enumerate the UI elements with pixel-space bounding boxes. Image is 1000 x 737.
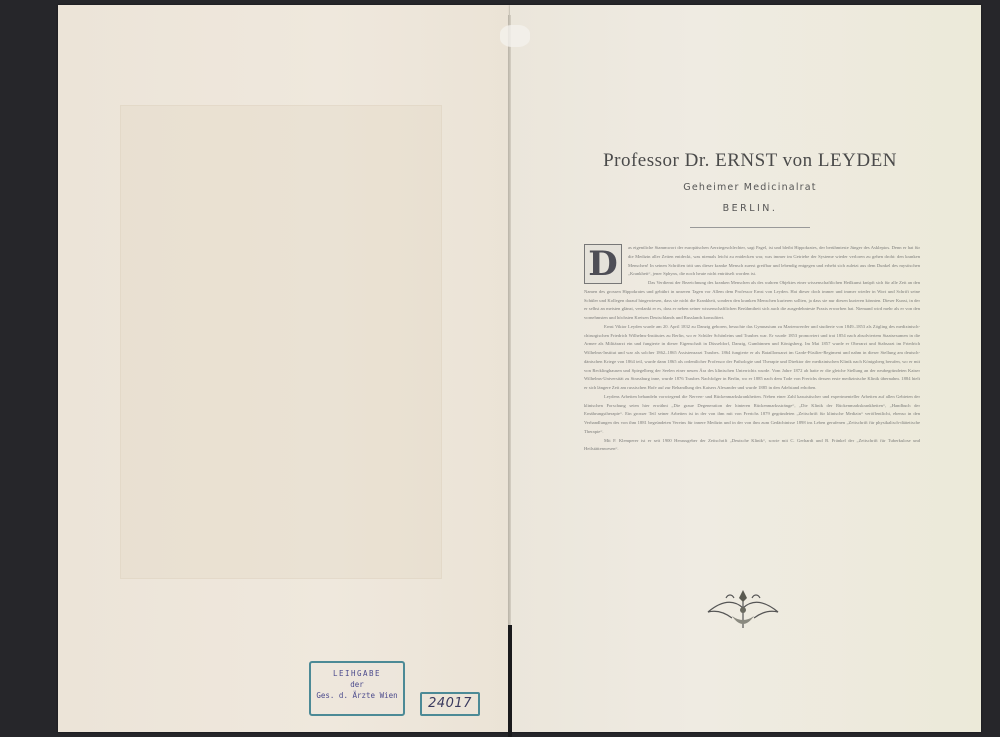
fold-gap: [508, 625, 512, 737]
stamp-line: Ges. d. Ärzte Wien: [311, 690, 403, 701]
paragraph: Das Verdienst der Bezeichnung des kranke…: [584, 279, 920, 323]
stamp-line: der: [311, 679, 403, 690]
drop-cap: D: [584, 244, 622, 284]
title-rule: [690, 227, 810, 228]
biography-text: D as eigentliche Stammwort der europäisc…: [584, 244, 920, 574]
paragraph: D as eigentliche Stammwort der europäisc…: [584, 244, 920, 279]
inventory-number-stamp: 24017: [420, 692, 480, 716]
paragraph: Ernst Viktor Leyden wurde am 20. April 1…: [584, 323, 920, 393]
fold-line: [508, 15, 511, 625]
page-subtitle: Geheimer Medicinalrat: [590, 182, 910, 193]
paper-tear: [500, 25, 530, 47]
page-title: Professor Dr. ERNST von LEYDEN: [590, 150, 910, 172]
lender-stamp: LEIHGABE der Ges. d. Ärzte Wien: [309, 661, 405, 716]
paragraph-text: as eigentliche Stammwort der europäische…: [628, 245, 920, 276]
ornament-icon: [702, 588, 784, 630]
paragraph: Leydens Arbeiten behandeln vorwiegend di…: [584, 393, 920, 437]
stamp-line: LEIHGABE: [311, 668, 403, 679]
paragraph: Mit F. Klemperer ist er seit 1900 Heraus…: [584, 437, 920, 455]
plate-mark: [120, 105, 442, 579]
left-page: [58, 5, 510, 732]
city-label: BERLIN.: [590, 203, 910, 214]
